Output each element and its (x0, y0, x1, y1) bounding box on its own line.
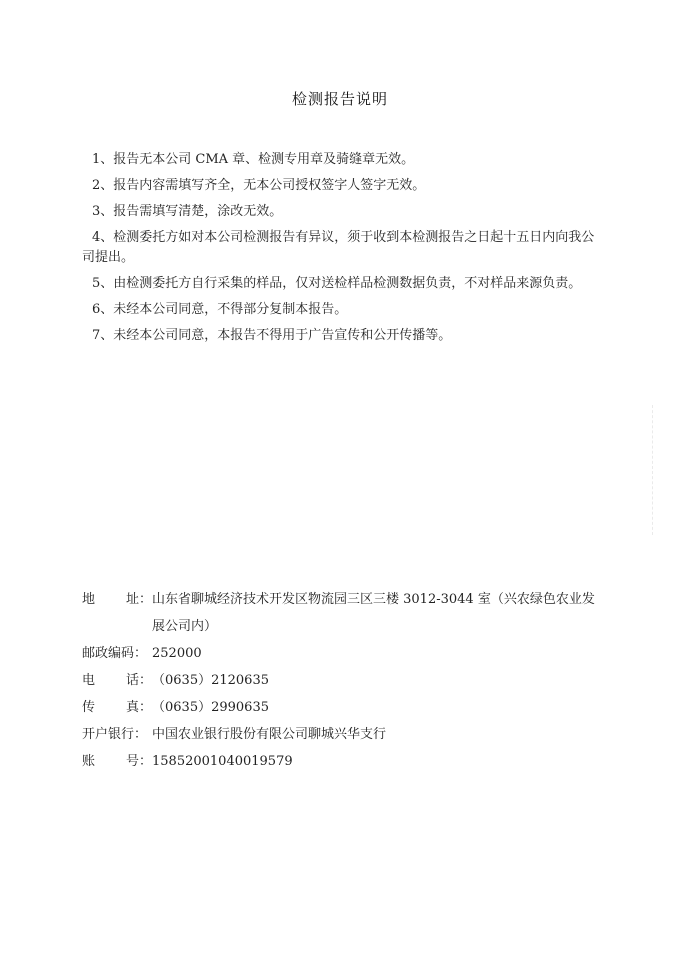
notes-list: 1、报告无本公司 CMA 章、检测专用章及骑缝章无效。 2、报告内容需填写齐全，… (92, 150, 622, 352)
note-item: 3、报告需填写清楚，涂改无效。 (92, 202, 622, 222)
fax-value: （0635）2990635 (152, 698, 622, 718)
address-line-1: 山东省聊城经济技术开发区物流园三区三楼 3012-3044 室（兴农绿色农业发 (152, 590, 622, 610)
fax-label: 传 真： (82, 698, 152, 718)
address-label-a: 地 (82, 590, 95, 637)
note-item: 5、由检测委托方自行采集的样品，仅对送检样品检测数据负责，不对样品来源负责。 (92, 274, 622, 294)
note-item: 4、检测委托方如对本公司检测报告有异议，须于收到本检测报告之日起十五日内向我公 (92, 228, 622, 248)
bank-value: 中国农业银行股份有限公司聊城兴华支行 (152, 725, 622, 745)
phone-label-b: 话： (126, 671, 152, 691)
account-row: 账 号： 15852001040019579 (82, 752, 622, 772)
note-item: 1、报告无本公司 CMA 章、检测专用章及骑缝章无效。 (92, 150, 622, 170)
address-line-2: 展公司内） (152, 617, 622, 637)
postcode-value: 252000 (152, 644, 622, 664)
contact-info: 地 址： 山东省聊城经济技术开发区物流园三区三楼 3012-3044 室（兴农绿… (82, 590, 622, 779)
phone-value: （0635）2120635 (152, 671, 622, 691)
phone-label-a: 电 (82, 671, 95, 691)
note-item: 6、未经本公司同意，不得部分复制本报告。 (92, 300, 622, 320)
account-label: 账 号： (82, 752, 152, 772)
fax-label-a: 传 (82, 698, 95, 718)
account-value: 15852001040019579 (152, 752, 622, 772)
address-row: 地 址： 山东省聊城经济技术开发区物流园三区三楼 3012-3044 室（兴农绿… (82, 590, 622, 637)
document-title: 检测报告说明 (0, 88, 680, 109)
account-label-b: 号： (126, 752, 152, 772)
fax-row: 传 真： （0635）2990635 (82, 698, 622, 718)
postcode-row: 邮政编码： 252000 (82, 644, 622, 664)
note-item: 7、未经本公司同意，本报告不得用于广告宣传和公开传播等。 (92, 326, 622, 346)
account-label-a: 账 (82, 752, 95, 772)
note-item: 2、报告内容需填写齐全，无本公司授权签字人签字无效。 (92, 176, 622, 196)
fax-label-b: 真： (126, 698, 152, 718)
postcode-label: 邮政编码： (82, 644, 152, 664)
note-item-continuation: 司提出。 (82, 248, 622, 268)
seam-stamp-mark (652, 405, 669, 535)
bank-label: 开户银行： (82, 725, 152, 745)
address-label-b: 址： (126, 590, 152, 637)
phone-row: 电 话： （0635）2120635 (82, 671, 622, 691)
bank-row: 开户银行： 中国农业银行股份有限公司聊城兴华支行 (82, 725, 622, 745)
phone-label: 电 话： (82, 671, 152, 691)
address-label: 地 址： (82, 590, 152, 637)
address-value: 山东省聊城经济技术开发区物流园三区三楼 3012-3044 室（兴农绿色农业发 … (152, 590, 622, 637)
